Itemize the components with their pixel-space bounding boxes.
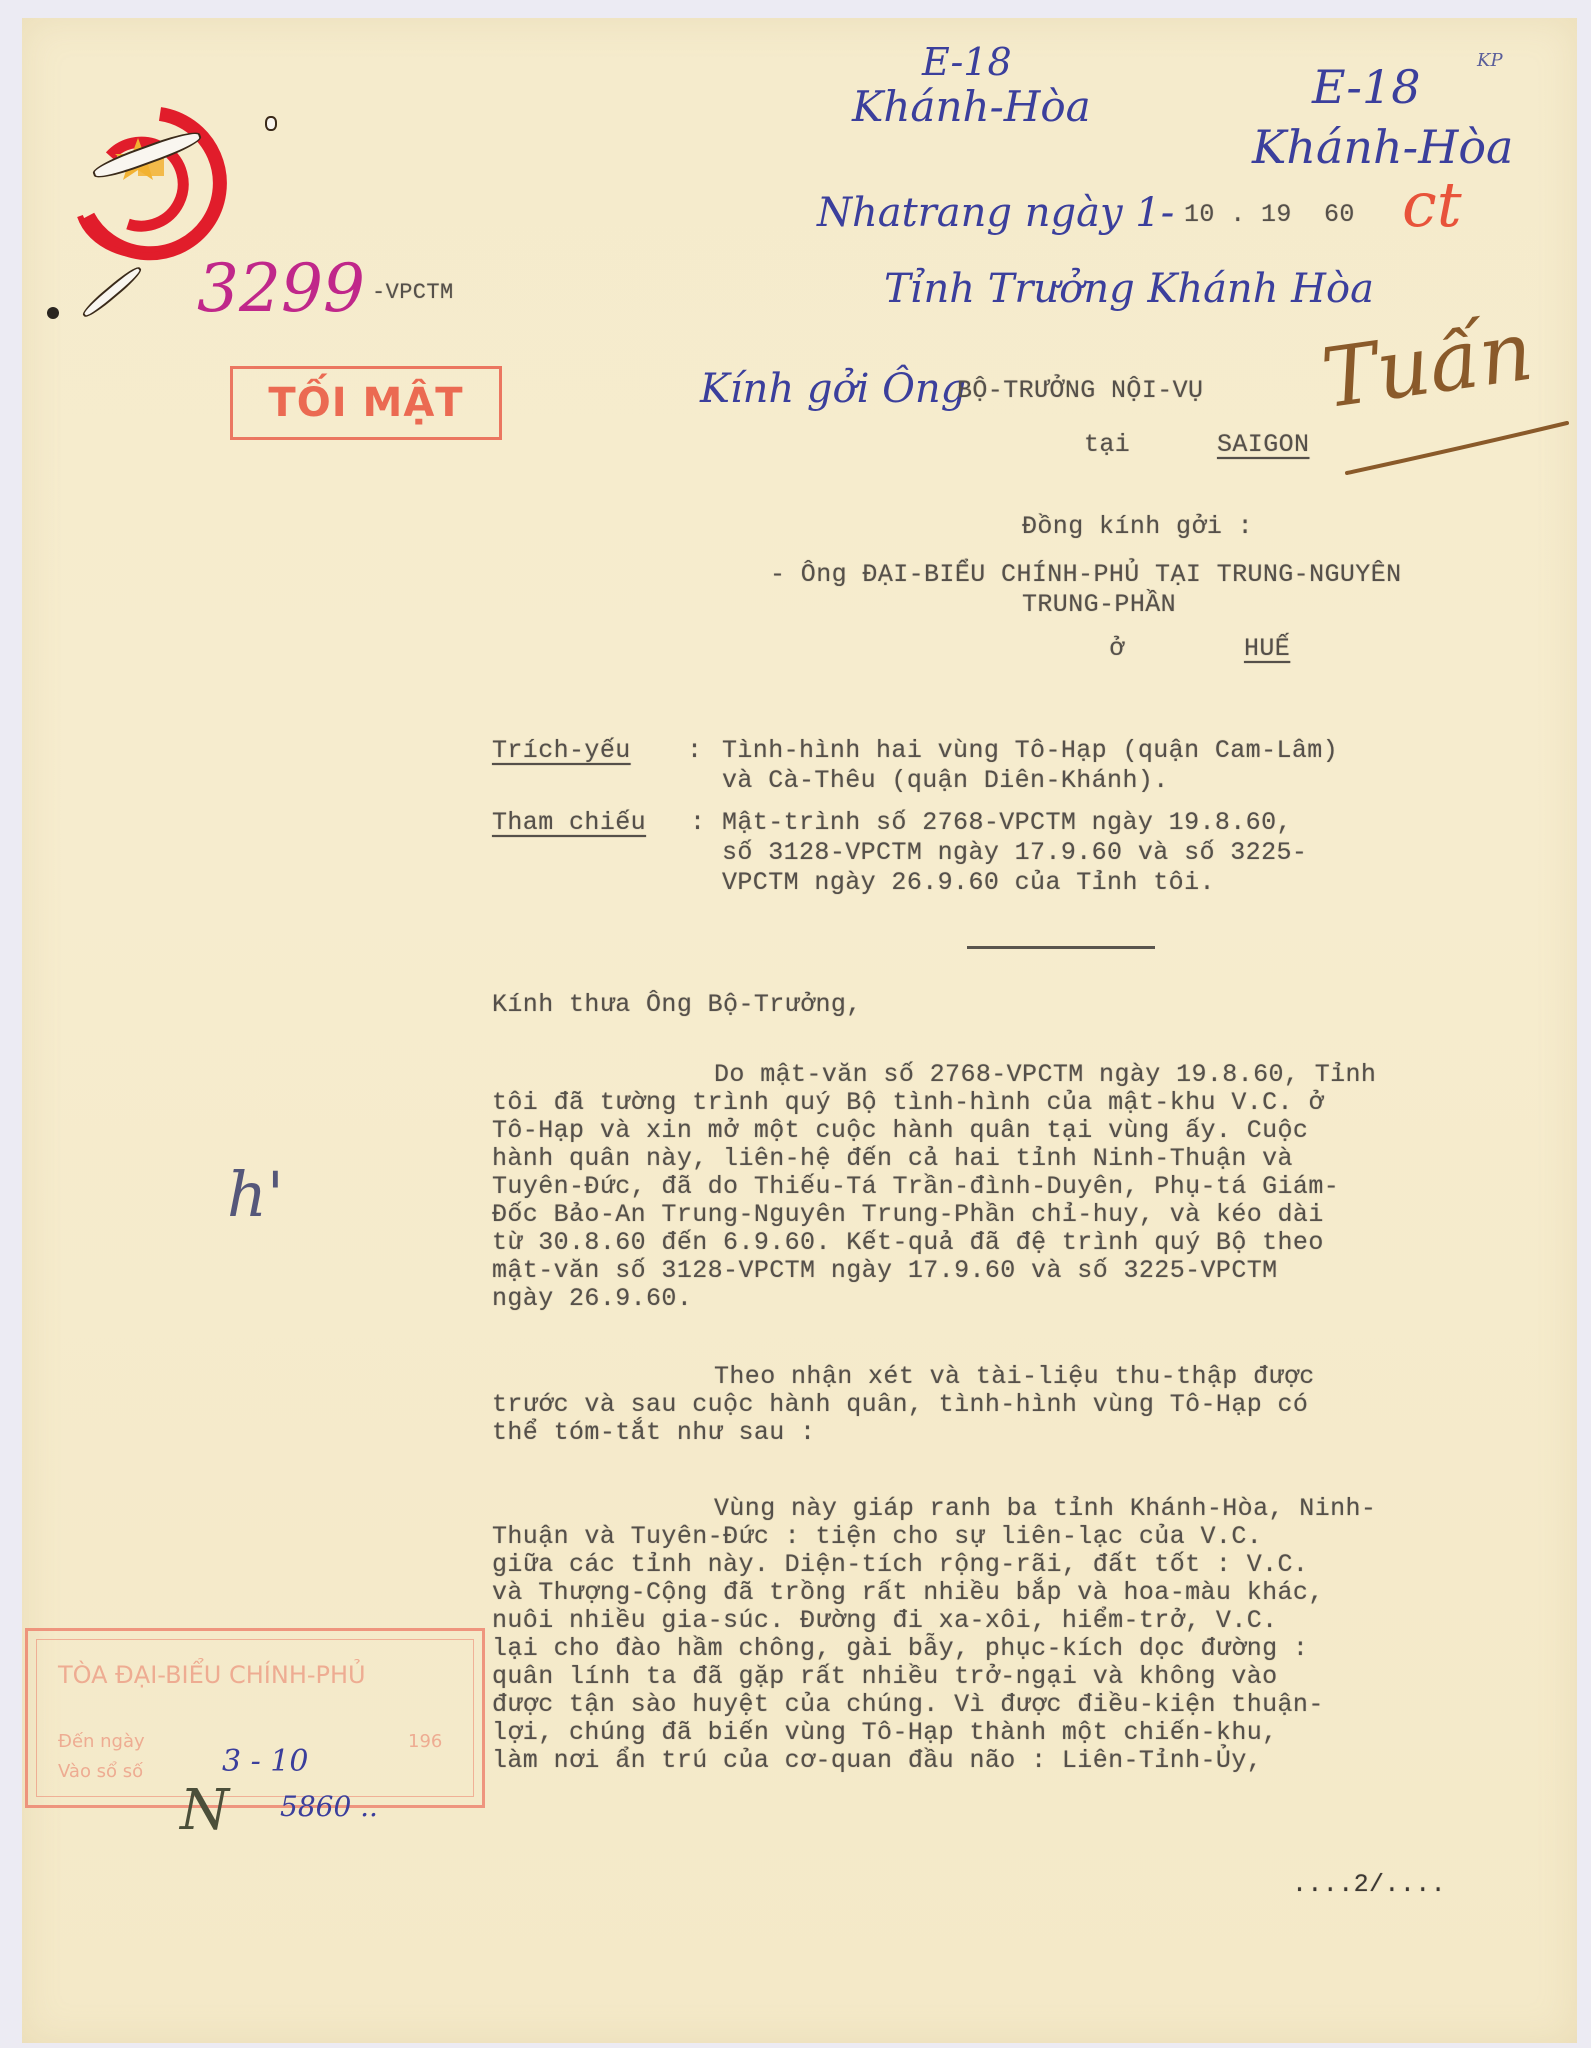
paragraph-3-line: giữa các tỉnh này. Diện-tích rộng-rãi, đ… [492,1550,1308,1579]
document-page: 3299 -VPCTM TỐI MẬT E-18 Khánh-Hòa E-18 … [22,18,1577,2043]
salutation-handwritten: Kính gởi Ông [700,366,966,412]
paragraph-3-line: lợi, chúng đã biến vùng Tô-Hạp thành một… [492,1718,1278,1747]
classification-stamp-text: TỐI MẬT [268,380,463,426]
paragraph-1-line: hành quân này, liên-hệ đến cả hai tỉnh N… [492,1144,1293,1173]
burn-hole [267,118,275,129]
paragraph-3-line: nuôi nhiều gia-súc. Đường đi xa-xôi, hiể… [492,1606,1278,1635]
paragraph-1-line: Tuyên-Đức, đã do Thiếu-Tá Trần-đình-Duyê… [492,1172,1339,1201]
place-date-typed-year: 60 [1324,200,1355,229]
red-check-mark: ct [1402,168,1462,241]
addressee-at-label: tại [1084,430,1130,459]
place-date-typed: 10 . 19 [1184,200,1292,229]
paragraph-3-line: Vùng này giáp ranh ba tỉnh Khánh-Hòa, Ni… [714,1494,1376,1523]
received-initial-handwritten: N [180,1778,229,1843]
burn-hole [83,266,142,317]
paragraph-2-line: thể tóm-tắt như sau : [492,1418,815,1447]
cc-city: HUẾ [1244,634,1290,663]
cc-label: Đồng kính gởi : [1022,512,1253,541]
paragraph-1-line: Đốc Bảo-An Trung-Nguyên Trung-Phần chỉ-h… [492,1200,1324,1229]
received-stamp: TÒA ĐẠI-BIỂU CHÍNH-PHỦ Đến ngày 196 Vào … [25,1628,485,1808]
greeting: Kính thưa Ông Bộ-Trưởng, [492,990,862,1019]
subject-sep: : [687,736,702,765]
section-divider [967,946,1155,949]
subject-label: Trích-yếu [492,736,631,765]
addressee-title: BỘ-TRƯỞNG NỘI-VỤ [957,376,1203,405]
paragraph-2-line: trước và sau cuộc hành quân, tình-hình v… [492,1390,1308,1419]
paragraph-3-line: và Thượng-Cộng đã trồng rất nhiều bắp và… [492,1578,1324,1607]
paragraph-1-line: tôi đã tường trình quý Bộ tình-hình của … [492,1088,1324,1117]
ink-spot [47,307,59,319]
signature-flourish-icon [1342,413,1572,483]
cc-line-1: - Ông ĐẠI-BIỂU CHÍNH-PHỦ TẠI TRUNG-NGUYÊ… [770,560,1402,589]
subject-line-2: và Cà-Thêu (quận Diên-Khánh). [722,766,1169,795]
archive-code-right: E-18 [1312,60,1421,114]
paragraph-1-line: Do mật-văn số 2768-VPCTM ngày 19.8.60, T… [714,1060,1376,1089]
received-stamp-date-label: Đến ngày [58,1731,145,1752]
place-date-handwritten: Nhatrang ngày 1- [817,190,1174,236]
paragraph-1-line: Tô-Hạp và xin mở một cuộc hành quân tại … [492,1116,1308,1145]
reference-sep: : [690,808,705,837]
cc-line-2: TRUNG-PHẦN [1022,590,1176,619]
paragraph-3-line: quân lính ta đã gặp rất nhiều trở-ngại v… [492,1662,1278,1691]
reference-label: Tham chiếu [492,808,646,837]
received-stamp-office: TÒA ĐẠI-BIỂU CHÍNH-PHỦ [58,1661,366,1689]
received-stamp-year: 196 [408,1731,442,1752]
paragraph-1-line: từ 30.8.60 đến 6.9.60. Kết-quả đã đệ trì… [492,1228,1324,1257]
paragraph-3-line: được tận sào huyệt của chúng. Vì được đi… [492,1690,1324,1719]
subject-line-1: Tình-hình hai vùng Tô-Hạp (quận Cam-Lâm) [722,736,1338,765]
paragraph-1-line: mật-văn số 3128-VPCTM ngày 17.9.60 và số… [492,1256,1278,1285]
archive-note-right: KP [1477,50,1503,71]
classification-stamp: TỐI MẬT [230,366,502,440]
received-number-handwritten: 5860 .. [280,1790,378,1823]
watermark-logo-icon [60,96,230,266]
paragraph-1-line: ngày 26.9.60. [492,1284,692,1313]
paragraph-2-line: Theo nhận xét và tài-liệu thu-thập được [714,1362,1315,1391]
sender-title: Tỉnh Trưởng Khánh Hòa [884,266,1374,312]
cc-at-label: ở [1109,634,1124,663]
reference-suffix: -VPCTM [372,280,454,305]
page-continuation: ....2/.... [1292,1870,1446,1899]
archive-code-left: E-18 [922,40,1012,84]
paragraph-3-line: lại cho đào hầm chông, gài bẫy, phục-kíc… [492,1634,1308,1663]
paragraph-3-line: Thuận và Tuyên-Đức : tiện cho sự liên-lạ… [492,1522,1262,1551]
archive-place-left: Khánh-Hòa [852,82,1091,131]
addressee-city: SAIGON [1217,430,1309,459]
received-date-handwritten: 3 - 10 [222,1744,308,1779]
received-stamp-register-label: Vào sổ số [58,1761,143,1782]
paragraph-3-line: làm nơi ẩn trú của cơ-quan đầu não : Liê… [492,1746,1262,1775]
margin-mark: h' [227,1158,284,1231]
signature: Tuấn [1316,304,1538,427]
reference-line-3: VPCTM ngày 26.9.60 của Tỉnh tôi. [722,868,1215,897]
reference-line-1: Mật-trình số 2768-VPCTM ngày 19.8.60, [722,808,1292,837]
handwritten-reference-number: 3299 [197,250,365,327]
reference-line-2: số 3128-VPCTM ngày 17.9.60 và số 3225- [722,838,1307,867]
archive-place-right: Khánh-Hòa [1252,120,1513,174]
